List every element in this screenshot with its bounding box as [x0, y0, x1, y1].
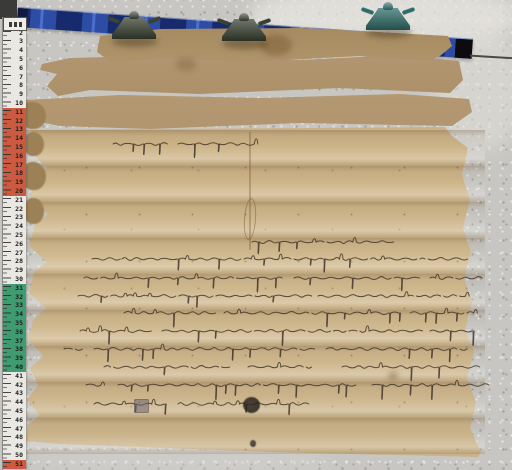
ruler-number: 9: [9, 91, 23, 98]
ruler-number: 11: [9, 109, 23, 116]
ruler-number: 49: [9, 443, 23, 450]
left-clip: [110, 11, 158, 45]
ruler-number: 16: [9, 153, 23, 160]
ruler-half-ticks: [3, 35, 7, 470]
ruler-number: 15: [9, 144, 23, 151]
stain: [176, 58, 196, 71]
ruler-number: 35: [9, 320, 23, 327]
ruler-number: 21: [9, 197, 23, 204]
dot-seal: [250, 440, 256, 447]
ruler-unit-label: [3, 17, 27, 31]
ruler-number: 17: [9, 162, 23, 169]
ruler-number: 5: [9, 56, 23, 63]
ruler-number: 41: [9, 373, 23, 380]
ruler-number: 24: [9, 223, 23, 230]
torn-paper-tongue: [24, 132, 44, 156]
ruler-number: 31: [9, 285, 23, 292]
torn-paper-tongue: [24, 198, 44, 224]
ruler-number: 40: [9, 364, 23, 371]
ruler-number: 27: [9, 250, 23, 257]
ruler-number: 51: [9, 461, 23, 468]
ruler-number: 48: [9, 434, 23, 441]
ruler-number: 45: [9, 408, 23, 415]
clip-knob: [129, 11, 139, 19]
ruler-number: 46: [9, 417, 23, 424]
right-clip: [364, 2, 412, 36]
ruler-number: 4: [9, 47, 23, 54]
ruler-number: 30: [9, 276, 23, 283]
ruler-number: 23: [9, 214, 23, 221]
ruler-number: 36: [9, 329, 23, 336]
ruler-number: 44: [9, 399, 23, 406]
photo-of-manuscript: 2345678910111213141516171819202122232425…: [0, 0, 512, 470]
ruler-number: 10: [9, 100, 23, 107]
ruler-number: 28: [9, 258, 23, 265]
clip-knob: [239, 13, 249, 21]
ruler-number: 19: [9, 179, 23, 186]
ruler-number: 3: [9, 38, 23, 45]
ruler-number: 6: [9, 65, 23, 72]
ruler-number: 7: [9, 74, 23, 81]
ruler-number: 14: [9, 135, 23, 142]
ruler-number: 12: [9, 118, 23, 125]
square-seal: [134, 399, 149, 413]
middle-clip: [220, 13, 268, 47]
ruler-number: 39: [9, 355, 23, 362]
ruler-number: 18: [9, 170, 23, 177]
ruler-number: 22: [9, 206, 23, 213]
clip-knob: [383, 2, 393, 10]
ruler-number: 42: [9, 382, 23, 389]
ruler-number: 34: [9, 311, 23, 318]
ruler-number: 50: [9, 452, 23, 459]
ruler-number: 33: [9, 302, 23, 309]
ruler-number: 20: [9, 188, 23, 195]
ruler-number: 8: [9, 82, 23, 89]
ruler-number: 26: [9, 241, 23, 248]
ruler-number: 13: [9, 126, 23, 133]
centimetre-ruler: 2345678910111213141516171819202122232425…: [2, 17, 26, 470]
ruler-number: 32: [9, 294, 23, 301]
ruler-number: 29: [9, 267, 23, 274]
round-seal: [243, 397, 260, 413]
ruler-number: 43: [9, 390, 23, 397]
ruler-number: 38: [9, 346, 23, 353]
ruler-number: 47: [9, 426, 23, 433]
ruler-number: 25: [9, 232, 23, 239]
stain: [388, 372, 398, 380]
ruler-number: 37: [9, 338, 23, 345]
